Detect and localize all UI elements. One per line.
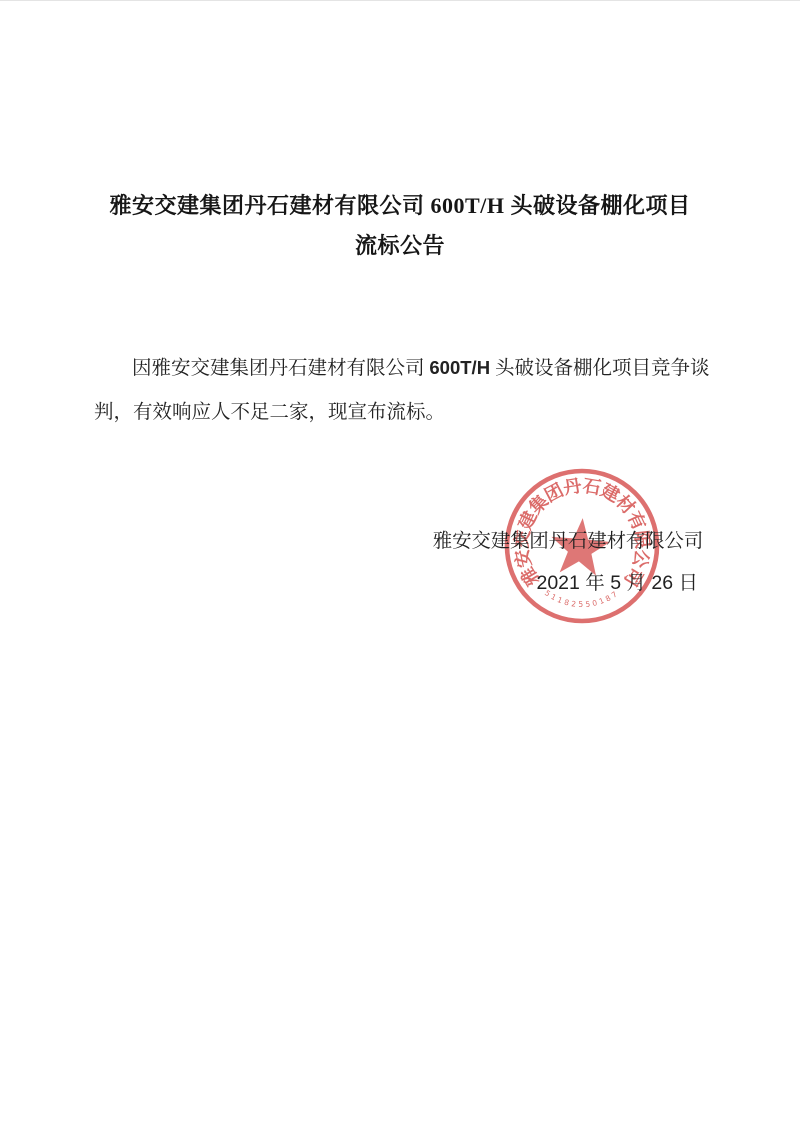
body-capacity-code: 600T/H — [429, 357, 490, 378]
company-signature: 雅安交建集团丹石建材有限公司 — [433, 525, 703, 553]
title-line-1: 雅安交建集团丹石建材有限公司 600T/H 头破设备棚化项目 — [50, 186, 750, 226]
title-line-2: 流标公告 — [50, 226, 750, 266]
title-text-pre: 雅安交建集团丹石建材有限公司 — [110, 193, 431, 218]
document-title: 雅安交建集团丹石建材有限公司 600T/H 头破设备棚化项目 流标公告 — [50, 186, 750, 266]
body-text-post: 头破设备棚化项目竞争谈 — [490, 358, 709, 379]
body-text-pre: 因雅安交建集团丹石建材有限公司 — [132, 358, 429, 379]
date-line: 2021 年 5 月 26 日 — [536, 567, 698, 595]
title-capacity-code: 600T/H — [431, 193, 505, 218]
title-text-post: 头破设备棚化项目 — [504, 193, 690, 218]
document-page: 雅安交建集团丹石建材有限公司 600T/H 头破设备棚化项目 流标公告 因雅安交… — [0, 0, 800, 1130]
scan-artifact-line — [0, 0, 800, 1]
body-paragraph: 因雅安交建集团丹石建材有限公司 600T/H 头破设备棚化项目竞争谈 判，有效响… — [94, 346, 692, 435]
body-line-1: 因雅安交建集团丹石建材有限公司 600T/H 头破设备棚化项目竞争谈 — [94, 346, 692, 391]
body-line-2: 判，有效响应人不足二家，现宣布流标。 — [94, 391, 692, 435]
